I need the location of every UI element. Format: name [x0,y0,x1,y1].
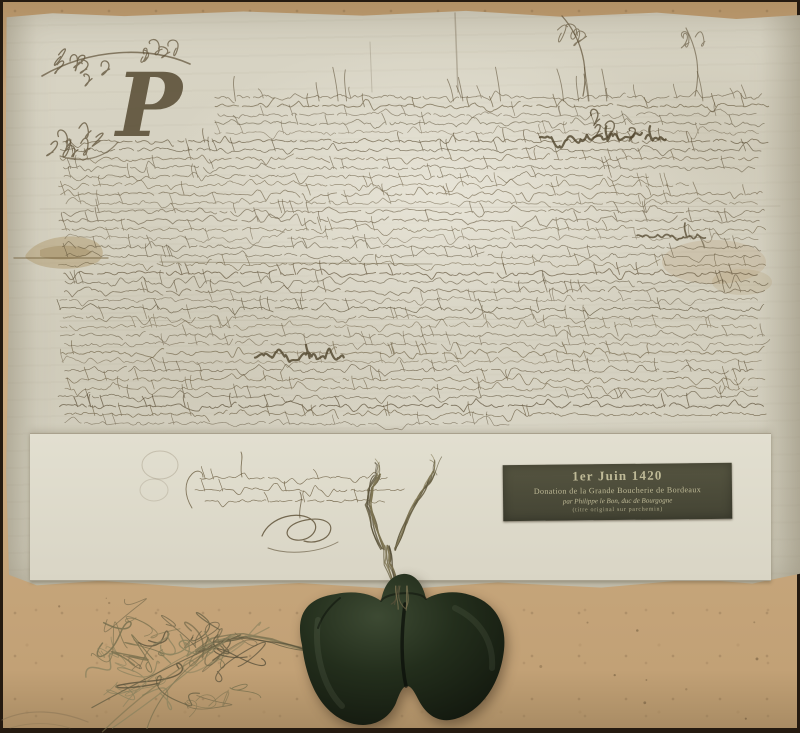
caption-date: 1er Juin 1420 [503,467,732,485]
photograph-of-charter: 1er Juin 1420 Donation de la Grande Bouc… [0,0,800,733]
caption-author: par Philippe le Bon, duc de Bourgogne [503,496,732,506]
caption-title: Donation de la Grande Boucherie de Borde… [503,485,732,496]
caption-plaque: 1er Juin 1420 Donation de la Grande Bouc… [503,463,733,521]
caption-note: (titre original sur parchemin) [503,506,732,514]
